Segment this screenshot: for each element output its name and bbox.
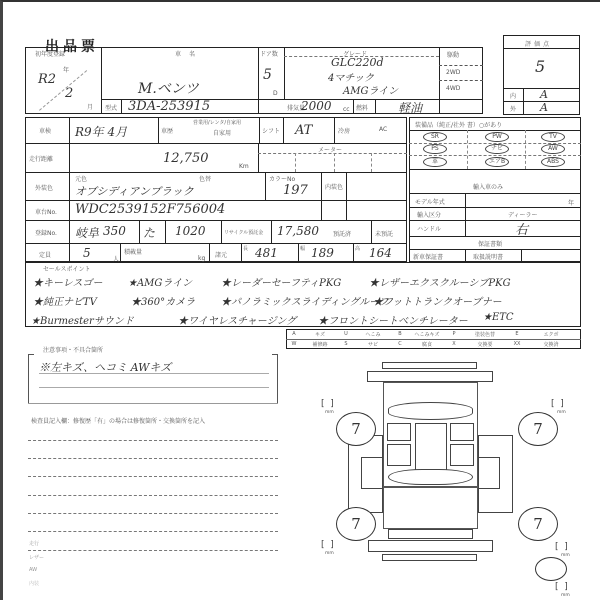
grade-line-1: GLC220d — [331, 56, 384, 69]
legend-code: B — [394, 331, 406, 337]
shift-label: シフト — [262, 126, 280, 135]
exterior-score: A — [540, 101, 548, 114]
tire-rear-left: 7 — [336, 507, 376, 541]
color-no-value: 197 — [283, 183, 308, 198]
car-name-value: M.ベンツ — [138, 78, 199, 98]
sales-point: ★ワイヤレスチャージング — [178, 312, 296, 327]
displacement-value: 2000 — [301, 99, 332, 113]
legend-desc: 塗装色替 — [461, 331, 509, 338]
aircon-value: AC — [379, 126, 387, 133]
recycle-paid: 預託済 — [333, 229, 351, 238]
exterior-color-value: オブシディアンブラック — [75, 183, 194, 199]
inspection-value: R9年 4月 — [75, 123, 127, 140]
doors-unit: D — [273, 90, 278, 97]
grade-line-3: AMGライン — [343, 82, 398, 97]
front-door-left-window — [387, 423, 411, 441]
equipment-pw: PW — [485, 132, 509, 142]
fuel-value: 軽油 — [398, 99, 422, 116]
first-reg-year: R2 — [38, 72, 56, 87]
chassis-value: WDC2539152F756004 — [75, 202, 225, 217]
trunk — [383, 487, 478, 529]
displacement-unit: cc — [343, 106, 350, 113]
rear-panel — [388, 529, 473, 539]
tread-unit: mm — [325, 551, 334, 556]
recycle-label: リサイクル預託金 — [224, 229, 263, 236]
dimensions-label: 諸元 — [215, 250, 227, 259]
first-reg-month: 2 — [65, 86, 73, 101]
length-value: 481 — [255, 246, 278, 260]
interior-score: A — [540, 88, 548, 101]
inspection-label: 車検 — [39, 126, 51, 135]
model-year-label: モデル年式 — [415, 197, 445, 206]
plate-number: 1020 — [175, 224, 206, 238]
mileage-value: 12,750 — [163, 151, 209, 166]
sales-point: ★フットトランクオープナー — [373, 293, 502, 308]
front-bumper — [382, 362, 477, 369]
model-code-value: 3DA-253915 — [128, 99, 210, 114]
legend-desc: キズ — [301, 331, 339, 338]
inspector-label: 検査員記入欄：修復歴「有」の場合は修復箇所・交換箇所を記入 — [31, 416, 205, 425]
footer-label: AW — [29, 567, 37, 573]
mileage-label: 走行距離 — [29, 154, 53, 163]
plate-kana: た — [143, 224, 155, 241]
notes-label: 注意事項・不具合箇所 — [43, 345, 103, 354]
equipment-ps: PS — [423, 144, 447, 154]
tire-front-left: 7 — [336, 412, 376, 446]
width-label: 幅 — [300, 245, 305, 252]
legend-desc: へこみ — [353, 331, 393, 338]
tread-unit: mm — [561, 553, 570, 558]
legend-code: X — [448, 341, 460, 347]
legend-code: W — [288, 341, 300, 347]
manual-label: 取扱説明書 — [473, 252, 503, 261]
rear-bumper — [368, 540, 493, 552]
handle-label: ハンドル — [417, 224, 441, 233]
legend-code: E — [510, 331, 524, 337]
sales-point: ★360°カメラ — [131, 293, 195, 308]
shift-value: AT — [295, 123, 312, 138]
legend-desc: 交換要 — [461, 341, 509, 348]
right-door — [478, 457, 500, 489]
left-door — [361, 457, 383, 489]
model-year-unit: 年 — [568, 198, 574, 207]
aircon-label: 冷房 — [338, 126, 350, 135]
load-label: 積載量 — [124, 247, 142, 256]
sales-point: ★キーレスゴー — [33, 274, 103, 289]
usage-label: 車歴 — [161, 126, 173, 135]
color-no-label: カラーNo — [269, 174, 295, 183]
capacity-label: 定員 — [39, 250, 51, 259]
legend-desc: サビ — [353, 341, 393, 348]
drive-4wd: 4WD — [446, 85, 460, 92]
legend-code: S — [340, 341, 352, 347]
equipment-abs: ABS — [541, 157, 565, 167]
tread-unit: mm — [557, 410, 566, 415]
tread-unit: mm — [325, 410, 334, 415]
legend-code: C — [394, 341, 406, 347]
car-name-label: 車名 — [175, 49, 203, 58]
sales-point: ★ETC — [483, 312, 514, 323]
legend-code: P — [448, 331, 460, 337]
tire-rear-right: 7 — [518, 507, 558, 541]
year-unit-label: 年 — [63, 65, 69, 74]
length-label: 長 — [243, 245, 248, 252]
windshield — [388, 402, 473, 420]
doors-label: ドア数 — [260, 49, 278, 58]
mileage-unit: Km — [239, 163, 249, 170]
width-value: 189 — [311, 246, 334, 260]
import-type-value: ディーラー — [508, 210, 538, 219]
car-damage-diagram: 7 7 7 7 [ ] mm [ ] mm [ ] mm [ ] mm [ ] … — [303, 357, 578, 597]
score-label: 評価点 — [525, 39, 552, 48]
drive-2wd: 2WD — [446, 69, 460, 76]
auction-sheet: 出品票 初年度登録 R2 年 2 月 車名 M.ベンツ 型式 3DA-25391… — [0, 0, 600, 600]
model-code-label: 型式 — [105, 103, 117, 112]
doors-value: 5 — [263, 67, 272, 83]
sales-point: ★純正ナビTV — [33, 293, 97, 308]
sales-point: ★AMGライン — [128, 274, 192, 289]
rear-door-right — [450, 444, 474, 466]
rear-bumper-lower — [382, 554, 477, 561]
import-type-label: 輸入区分 — [417, 210, 441, 219]
color-change-label: 色替 — [199, 174, 211, 183]
overall-score: 5 — [535, 57, 545, 76]
sales-point: ★レザーエクスクルーシブPKG — [369, 274, 511, 289]
rear-door-left — [387, 444, 411, 466]
tire-front-right: 7 — [518, 412, 558, 446]
interior-score-label: 内 — [510, 91, 516, 100]
legend-desc: エクボ — [525, 331, 577, 338]
plate-class: 350 — [103, 224, 126, 238]
equipment-label: 装備品（純正/社外 書）○があり — [415, 120, 502, 129]
legend-code: U — [340, 331, 352, 337]
first-registration-label: 初年度登録 — [35, 49, 65, 58]
legend-code: A — [288, 331, 300, 337]
equipment-aw: AW — [541, 144, 565, 154]
plate-label: 登録No. — [35, 228, 57, 237]
legend-code: XX — [510, 341, 524, 347]
interior-color-label: 内装色 — [325, 182, 343, 191]
chassis-label: 車台No. — [35, 207, 57, 216]
warranty-label: 保証書類 — [478, 239, 502, 248]
legend-desc: へこみキズ — [407, 331, 447, 338]
import-only-label: 輸入車のみ — [473, 182, 503, 191]
capacity-value: 5 — [83, 246, 91, 260]
front-grille — [367, 371, 493, 382]
sales-point: ★レーダーセーフティPKG — [221, 274, 341, 289]
legend-desc: 補修跡 — [301, 341, 339, 348]
sales-point: ★パノラミックスライディングルーフ — [221, 293, 389, 308]
equipment-airbag: エアB — [485, 157, 509, 167]
month-unit-label: 月 — [87, 102, 93, 111]
height-value: 164 — [369, 246, 392, 260]
legend-desc: 腐食 — [407, 341, 447, 348]
load-unit: kg — [198, 255, 205, 262]
equipment-navi: ナビ — [485, 144, 509, 154]
equipment-tv: TV — [541, 132, 565, 142]
recycle-value: 17,580 — [277, 224, 319, 238]
original-color-label: 元色 — [75, 174, 87, 183]
legend-desc: 交換済 — [525, 341, 577, 348]
exterior-color-label: 外装色 — [35, 183, 53, 192]
footer-label: レザー — [29, 554, 44, 561]
sales-point: ★フロントシートベンチレーター — [318, 312, 468, 327]
equipment-sr: SR — [423, 132, 447, 142]
exterior-score-label: 外 — [510, 104, 516, 113]
equipment-leather: 革 — [423, 157, 447, 167]
recycle-unpaid: 未預託 — [375, 229, 393, 238]
front-door-right-window — [450, 423, 474, 441]
rear-window — [388, 469, 473, 485]
footer-label: 走行 — [29, 540, 39, 547]
fuel-label: 燃料 — [356, 103, 368, 112]
new-car-warranty-label: 新車保証書 — [413, 252, 443, 261]
usage-options: 営業用/レンタ/自家用 — [193, 119, 241, 126]
footer-label: 内装 — [29, 580, 39, 587]
drive-label: 駆動 — [447, 50, 459, 59]
tread-unit: mm — [561, 593, 570, 598]
sales-point: ★Burmesterサウンド — [31, 312, 134, 327]
usage-value: 自家用 — [213, 128, 231, 137]
height-label: 高 — [355, 245, 360, 252]
spare-tire — [535, 557, 567, 581]
plate-region: 岐阜 — [75, 224, 99, 241]
sales-points-label: セールスポイント — [43, 264, 90, 273]
